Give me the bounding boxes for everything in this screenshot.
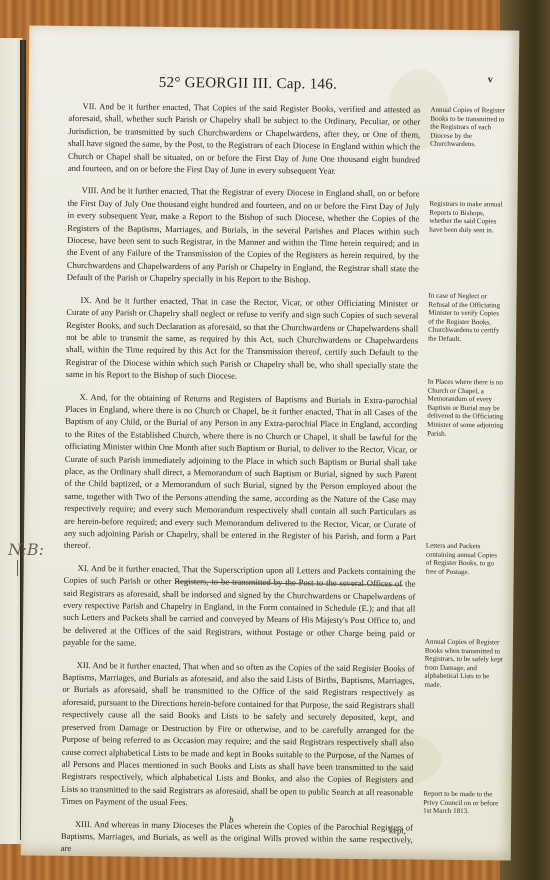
section-vii: VII. And be it further enacted, That Cop… [68, 100, 421, 178]
section-x: X. And, for the obtaining of Returns and… [64, 390, 418, 555]
section-xiii: XIII. And whereas in many Dioceses the P… [61, 817, 413, 858]
margin-note-vii: Annual Copies of Register Books to be tr… [430, 106, 508, 150]
signature-mark: b [229, 815, 234, 825]
handwritten-margin-stroke [17, 560, 18, 576]
margin-note-viii: Registrars to make annual Reports to Bis… [429, 200, 507, 235]
section-xii: XII. And be it further enacted, That whe… [61, 658, 415, 811]
margin-note-xiii: Report to be made to the Privy Council o… [423, 790, 501, 817]
page-folio: v [488, 74, 493, 85]
margin-note-ix: In case of Neglect or Refusal of the Off… [428, 292, 507, 344]
section-viii: VIII. And be it further enacted, That th… [67, 184, 420, 287]
running-head: 52° GEORGII III. Cap. 146. [159, 75, 338, 94]
section-xi: XI. And be it further enacted, That the … [63, 562, 416, 653]
handwritten-nb-annotation: N:B: [8, 540, 44, 559]
main-text-column: VII. And be it further enacted, That Cop… [61, 100, 421, 868]
catchword: kept, [389, 825, 406, 835]
margin-note-xii: Annual Copies of Register Books when tra… [424, 638, 503, 690]
section-ix: IX. And be it further enacted, That in c… [66, 294, 419, 385]
margin-note-x: In Places where there is no Church or Ch… [427, 378, 506, 439]
margin-note-xi: Letters and Packets containing annual Co… [426, 542, 504, 577]
document-page: v 52° GEORGII III. Cap. 146. VII. And be… [21, 25, 520, 860]
